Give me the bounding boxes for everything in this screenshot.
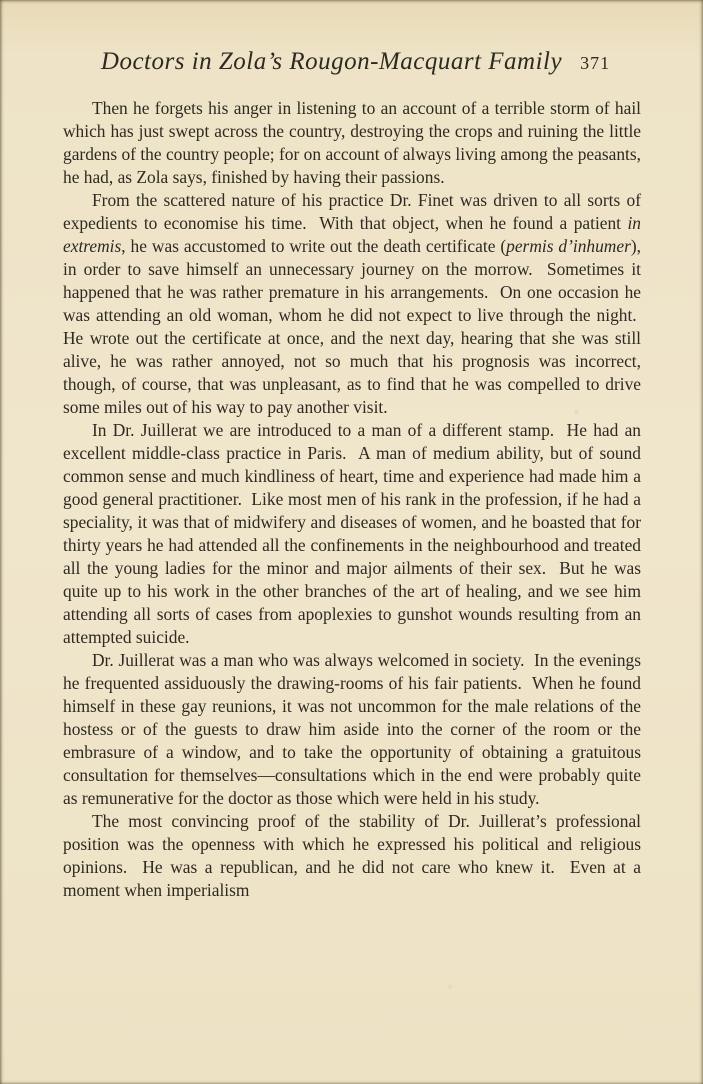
running-head-title: Doctors in Zola’s Rougon-Macquart Family — [101, 48, 562, 76]
running-head: Doctors in Zola’s Rougon-Macquart Family… — [58, 48, 653, 76]
page-number: 371 — [580, 53, 610, 74]
page-text-block: Then he forgets his anger in listening t… — [63, 97, 641, 902]
text-run: Dr. Juillerat was a man who was always w… — [63, 650, 641, 808]
paragraph: Then he forgets his anger in listening t… — [63, 97, 641, 189]
text-run: ), in order to save himself an unnecessa… — [63, 236, 641, 417]
book-page-scan: Doctors in Zola’s Rougon-Macquart Family… — [0, 0, 703, 1084]
text-run: Then he forgets his anger in listening t… — [63, 98, 641, 187]
paragraph: From the scattered nature of his practic… — [63, 189, 641, 419]
paragraph: Dr. Juillerat was a man who was always w… — [63, 649, 641, 810]
text-run: The most convincing proof of the stabili… — [63, 811, 641, 900]
text-run: , he was accustomed to write out the dea… — [121, 236, 506, 256]
italic-text-run: permis d’inhumer — [506, 236, 631, 256]
text-run: In Dr. Juillerat we are introduced to a … — [63, 420, 641, 647]
text-run: From the scattered nature of his practic… — [63, 190, 641, 233]
paragraph: The most convincing proof of the stabili… — [63, 810, 641, 902]
paragraph: In Dr. Juillerat we are introduced to a … — [63, 419, 641, 649]
